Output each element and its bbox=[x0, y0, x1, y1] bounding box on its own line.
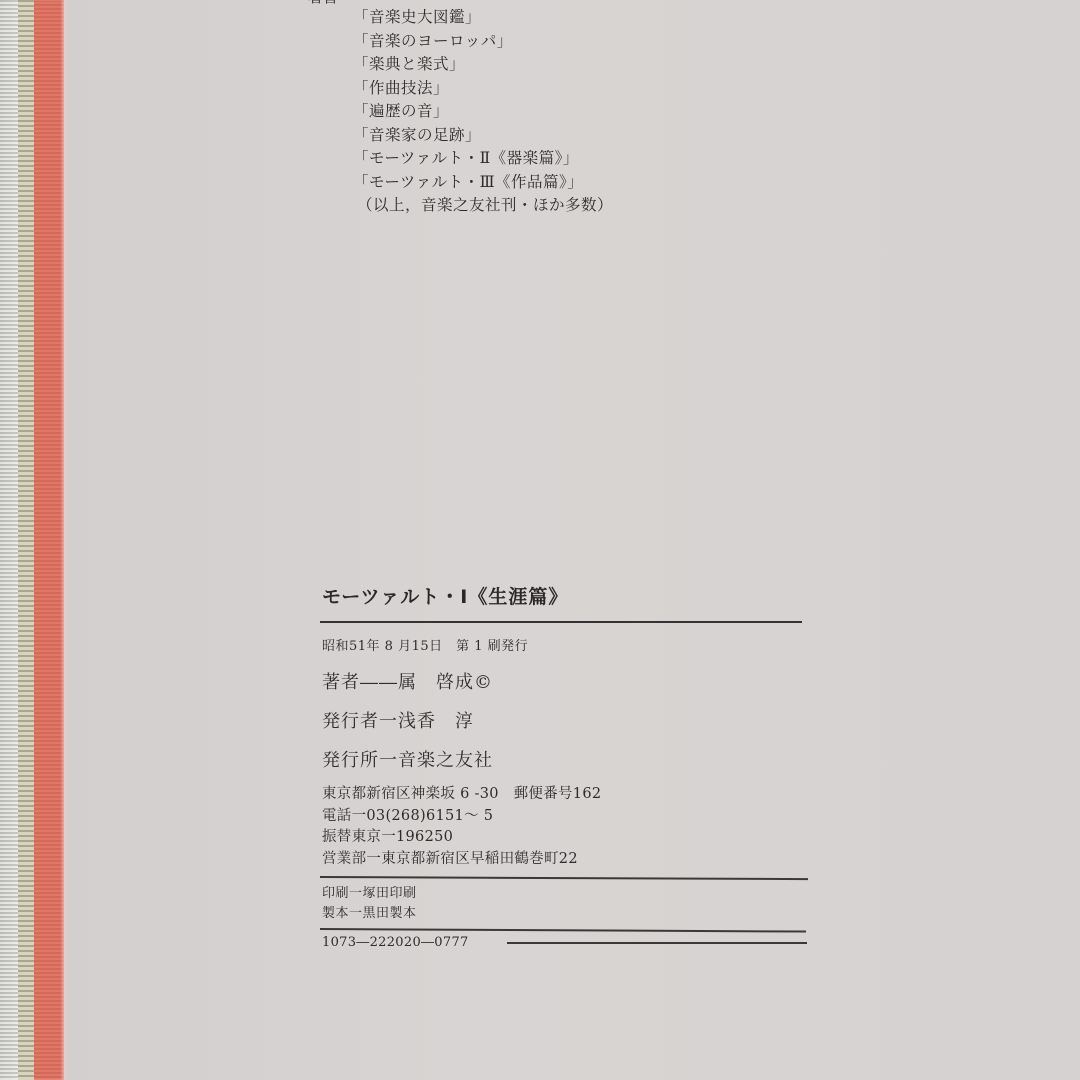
publisher-address: 東京都新宿区神楽坂 6 -30 郵便番号162 bbox=[322, 784, 812, 806]
other-work-item: 「音楽のヨーロッパ」 bbox=[353, 30, 613, 54]
title-divider bbox=[320, 621, 802, 623]
binding-headband bbox=[18, 0, 34, 1080]
other-work-item: 「音楽史大図鑑」 bbox=[353, 6, 613, 30]
publisher-person: 発行者一浅香 淳 bbox=[322, 707, 812, 733]
colophon-page: 著書 「音楽史大図鑑」 「音楽のヨーロッパ」 「楽典と楽式」 「作曲技法」 「遍… bbox=[66, 0, 1080, 1080]
binding-cloth bbox=[34, 0, 64, 1080]
author-credit: 著者――属 啓成© bbox=[322, 668, 812, 694]
sales-office: 営業部一東京都新宿区早稲田鶴巻町22 bbox=[322, 849, 812, 871]
book-binding-edge bbox=[0, 0, 66, 1080]
other-works-list: 著書 「音楽史大図鑑」 「音楽のヨーロッパ」 「楽典と楽式」 「作曲技法」 「遍… bbox=[353, 0, 613, 218]
publisher-name: 発行所一音楽之友社 bbox=[322, 746, 812, 772]
colophon-block: モーツァルト・Ⅰ《生涯篇》 昭和51年 8 月15日 第 1 刷発行 著者――属… bbox=[322, 582, 812, 944]
background-fabric bbox=[0, 0, 18, 1080]
other-work-item: 「作曲技法」 bbox=[353, 77, 613, 101]
other-work-item: 「モーツァルト・Ⅱ《器楽篇》」 bbox=[353, 147, 613, 171]
other-work-item: 「音楽家の足跡」 bbox=[353, 124, 613, 148]
code-underline bbox=[507, 942, 807, 944]
production-divider bbox=[320, 928, 806, 932]
publisher-contact: 東京都新宿区神楽坂 6 -30 郵便番号162 電話一03(268)6151～ … bbox=[322, 784, 812, 870]
publication-date: 昭和51年 8 月15日 第 1 刷発行 bbox=[322, 635, 812, 654]
production-credits: 印刷一塚田印刷 製本一黒田製本 bbox=[322, 884, 812, 924]
book-title: モーツァルト・Ⅰ《生涯篇》 bbox=[322, 582, 812, 609]
contact-divider bbox=[320, 876, 808, 880]
other-work-item: 「楽典と楽式」 bbox=[353, 53, 613, 77]
publisher-phone: 電話一03(268)6151～ 5 bbox=[322, 806, 812, 828]
other-works-header: 著書 bbox=[308, 0, 338, 10]
transfer-account: 振替東京一196250 bbox=[322, 827, 812, 849]
printer: 印刷一塚田印刷 bbox=[322, 884, 812, 904]
other-work-item: 「遍歴の音」 bbox=[353, 100, 613, 124]
other-work-item: 「モーツァルト・Ⅲ《作品篇》」 bbox=[353, 171, 613, 195]
other-works-note: （以上，音楽之友社刊・ほか多数） bbox=[357, 194, 613, 218]
bookbinder: 製本一黒田製本 bbox=[322, 904, 812, 924]
